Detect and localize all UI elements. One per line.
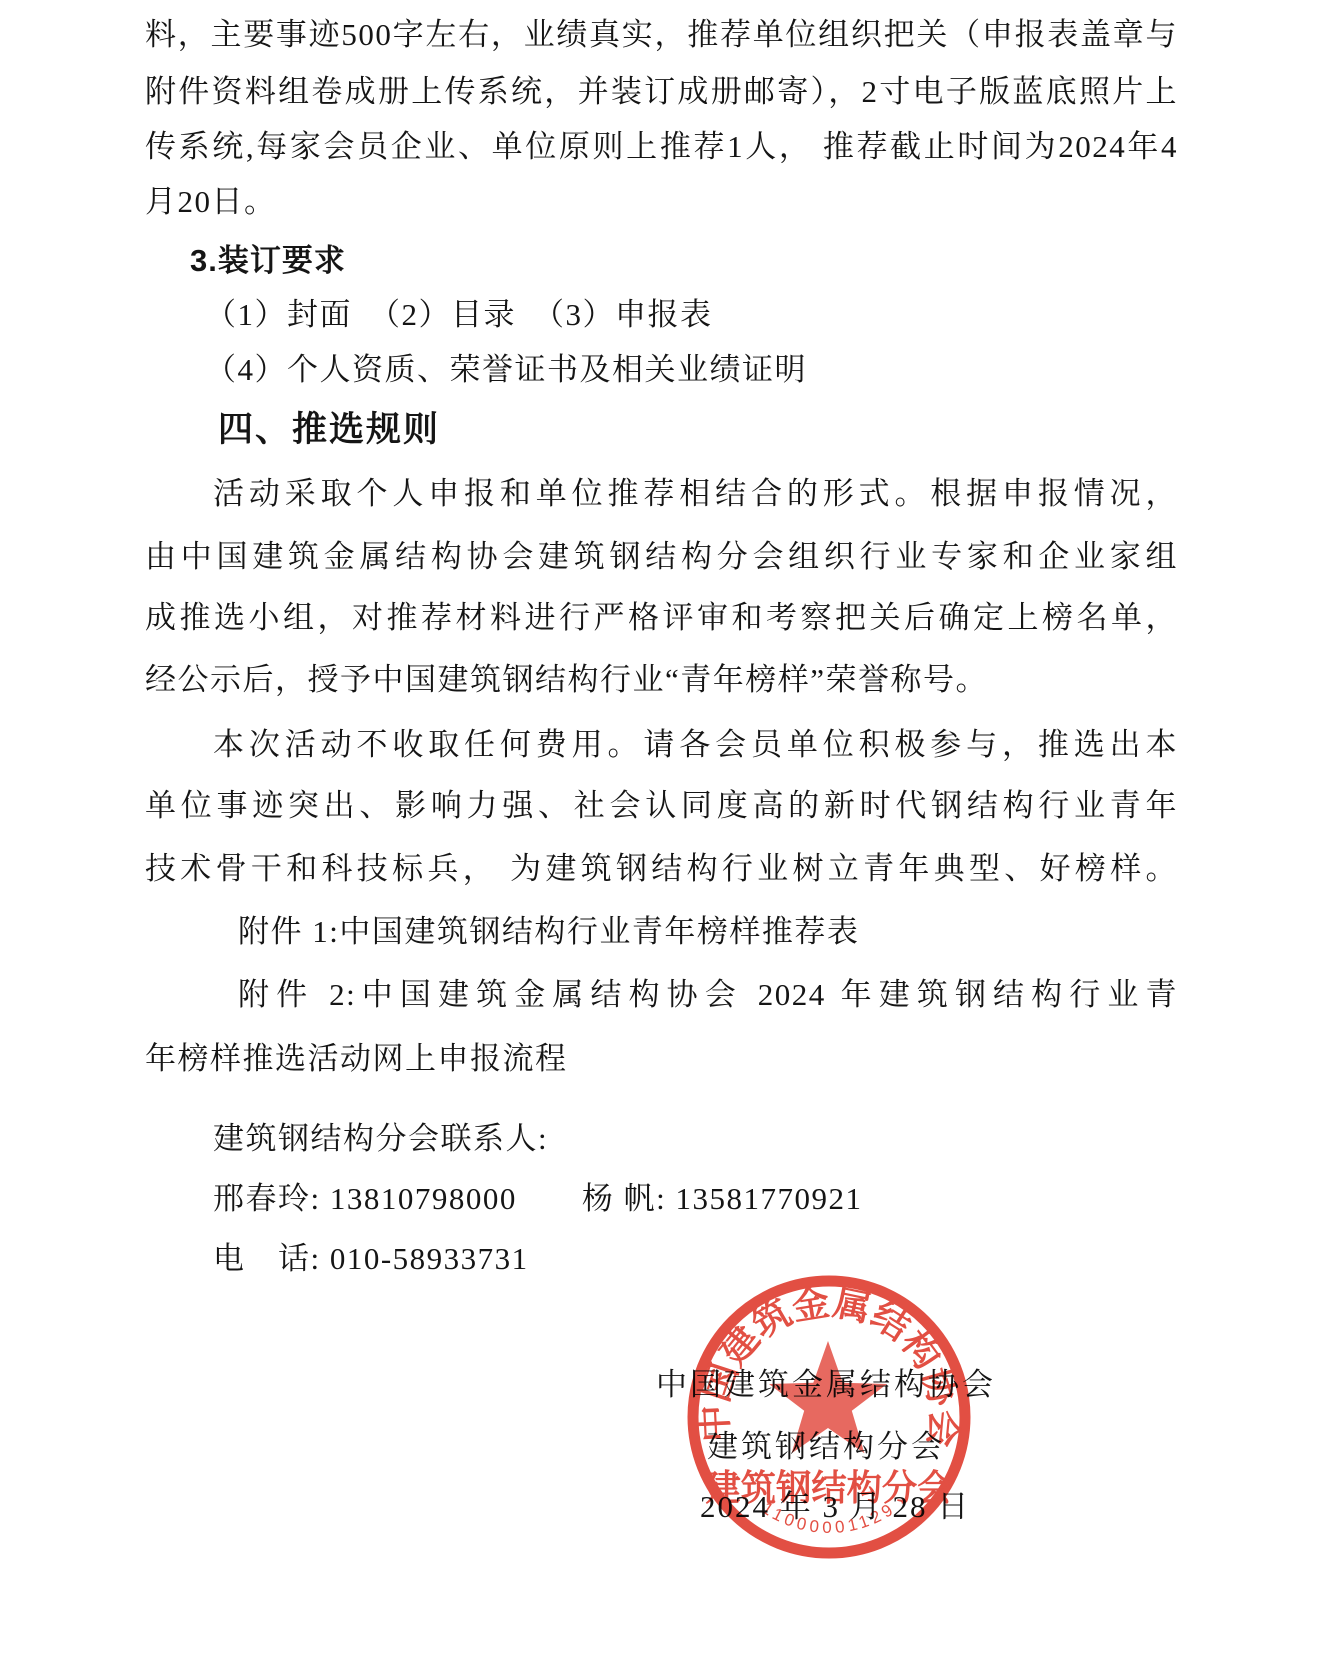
official-seal: 中国建筑金属结构协会 建筑钢结构分会 11000001129	[678, 1266, 980, 1568]
doc-line-12: 经公示后，授予中国建筑钢结构行业“青年榜样”荣誉称号。	[145, 661, 988, 698]
seal-banner-text: 建筑钢结构分会	[706, 1467, 953, 1508]
document-page: 料，主要事迹500字左右，业绩真实，推荐单位组织把关（申报表盖章与 附件资料组卷…	[0, 0, 1323, 1657]
attachment-line-2b: 年榜样推选活动网上申报流程	[145, 1040, 568, 1077]
contact-persons: 邢春玲: 13810798000 杨 帆: 13581770921	[213, 1180, 862, 1217]
doc-line-15: 技术骨干和科技标兵， 为建筑钢结构行业树立青年典型、好榜样。	[145, 850, 1178, 887]
doc-line-14: 单位事迹突出、影响力强、社会认同度高的新时代钢结构行业青年	[145, 787, 1178, 824]
attachment-line-1: 附件 1:中国建筑钢结构行业青年榜样推荐表	[238, 913, 859, 950]
doc-line-9: 活动采取个人申报和单位推荐相结合的形式。根据申报情况，	[213, 475, 1178, 512]
doc-line-2: 附件资料组卷成册上传系统，并装订成册邮寄），2寸电子版蓝底照片上	[145, 73, 1178, 110]
doc-line-11: 成推选小组，对推荐材料进行严格评审和考察把关后确定上榜名单，	[145, 599, 1178, 636]
doc-line-7: （4）个人资质、荣誉证书及相关业绩证明	[205, 351, 807, 388]
doc-line-3: 传系统,每家会员企业、单位原则上推荐1人， 推荐截止时间为2024年4	[145, 128, 1178, 165]
doc-line-6: （1）封面 （2）目录 （3）申报表	[205, 296, 713, 333]
contact-phone: 电 话: 010-58933731	[213, 1240, 529, 1277]
doc-line-10: 由中国建筑金属结构协会建筑钢结构分会组织行业专家和企业家组	[145, 538, 1178, 575]
contact-heading: 建筑钢结构分会联系人:	[213, 1120, 548, 1157]
attachment-line-2: 附件 2:中国建筑金属结构协会 2024 年建筑钢结构行业青	[238, 976, 1178, 1013]
doc-line-1: 料，主要事迹500字左右，业绩真实，推荐单位组织把关（申报表盖章与	[145, 16, 1178, 53]
section-heading-rules: 四、推选规则	[218, 409, 440, 451]
seal-star-icon	[769, 1341, 887, 1453]
subsection-heading-binding: 3.装订要求	[190, 242, 346, 279]
doc-line-4: 月20日。	[145, 183, 277, 220]
doc-line-13: 本次活动不收取任何费用。请各会员单位积极参与，推选出本	[213, 726, 1178, 763]
